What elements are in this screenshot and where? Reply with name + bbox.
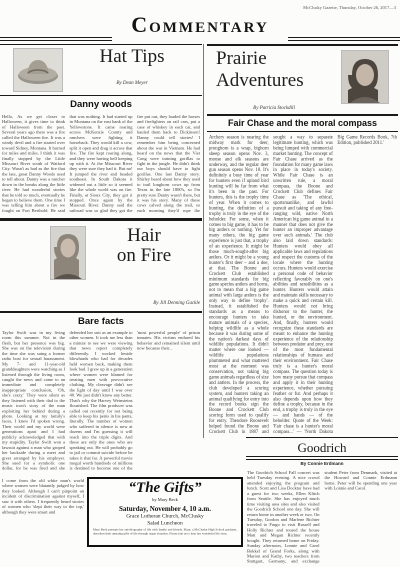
page-title: Commentary [0,12,400,38]
newspaper-page: McClusky Gazette, Thursday, October 26, … [0,0,400,567]
bare-facts-body-continued: I come from the old white man's world wh… [2,478,84,548]
goodrich-rule-1 [246,456,398,457]
hair-on-fire-top-rule [0,218,202,221]
prairie-body: Archery season is nearing the midway mar… [209,135,397,435]
goodrich-body: The Goodrich School Fall concert was hel… [247,470,397,564]
goodrich-top-rule [246,437,398,438]
hat-tips-top-rule [0,44,202,45]
bare-facts-body: Taylor Swift was in my living room this … [2,330,200,476]
bare-facts-rule [0,311,202,313]
goodrich-title: Goodrich [246,440,398,456]
prairie-byline: By Patricia Stockdill [210,105,338,114]
title-rule-right-2 [288,40,400,41]
dateline-text: McClusky Gazette, Thursday, October 26, … [226,5,396,10]
prairie-title-line2: Adventures [216,71,346,91]
prairie-headline-rule-top [207,114,398,116]
bare-facts-headline: Bare facts [0,316,202,327]
hair-on-fire-byline: By Jill Denning Gackle [60,300,200,309]
cowboy-hat-photo [13,48,63,92]
goodrich-byline: By Connie Erdmann [246,461,398,468]
goodrich-rule-2 [246,459,398,460]
title-rule-left [0,37,112,38]
patricia-stockdill-portrait [341,50,389,104]
jill-denning-gackle-portrait [50,226,86,280]
title-rule-left-2 [0,40,112,41]
the-gifts-ad: “The Gifts” by Mary Beck Saturday, Novem… [87,477,243,547]
ad-datetime: Saturday, November 4, 10 a.m. [89,505,241,513]
hat-tips-title: Hat Tips [62,47,202,67]
ad-location: Grace Lutheran Church, McClusky [89,513,241,520]
hat-tips-headline: Danny woods [0,99,202,110]
ad-byline: by Mary Beck [89,497,241,504]
ad-event: Salad Luncheon [89,520,241,527]
column-divider [203,44,204,438]
prairie-headline: Fair Chase and the moral compass [207,118,398,128]
hat-tips-body: Hello, As we get closer to Halloween, it… [2,114,200,216]
ad-fine-print: Mary Beck presents her autobiography of … [93,528,237,540]
hat-tips-byline: By Dean Meyer [62,80,202,89]
hair-on-fire-title: Hair on Fire [88,226,200,266]
prairie-title-line1: Prairie [216,49,336,69]
ad-title: “The Gifts” [89,481,241,496]
prairie-headline-rule-bottom [207,131,398,132]
hair-title-line1: Hair [88,226,200,246]
title-rule-right [288,37,400,38]
hat-tips-headline-rule [0,95,202,96]
hair-title-line2: on Fire [88,246,200,266]
prairie-top-rule [207,44,398,46]
